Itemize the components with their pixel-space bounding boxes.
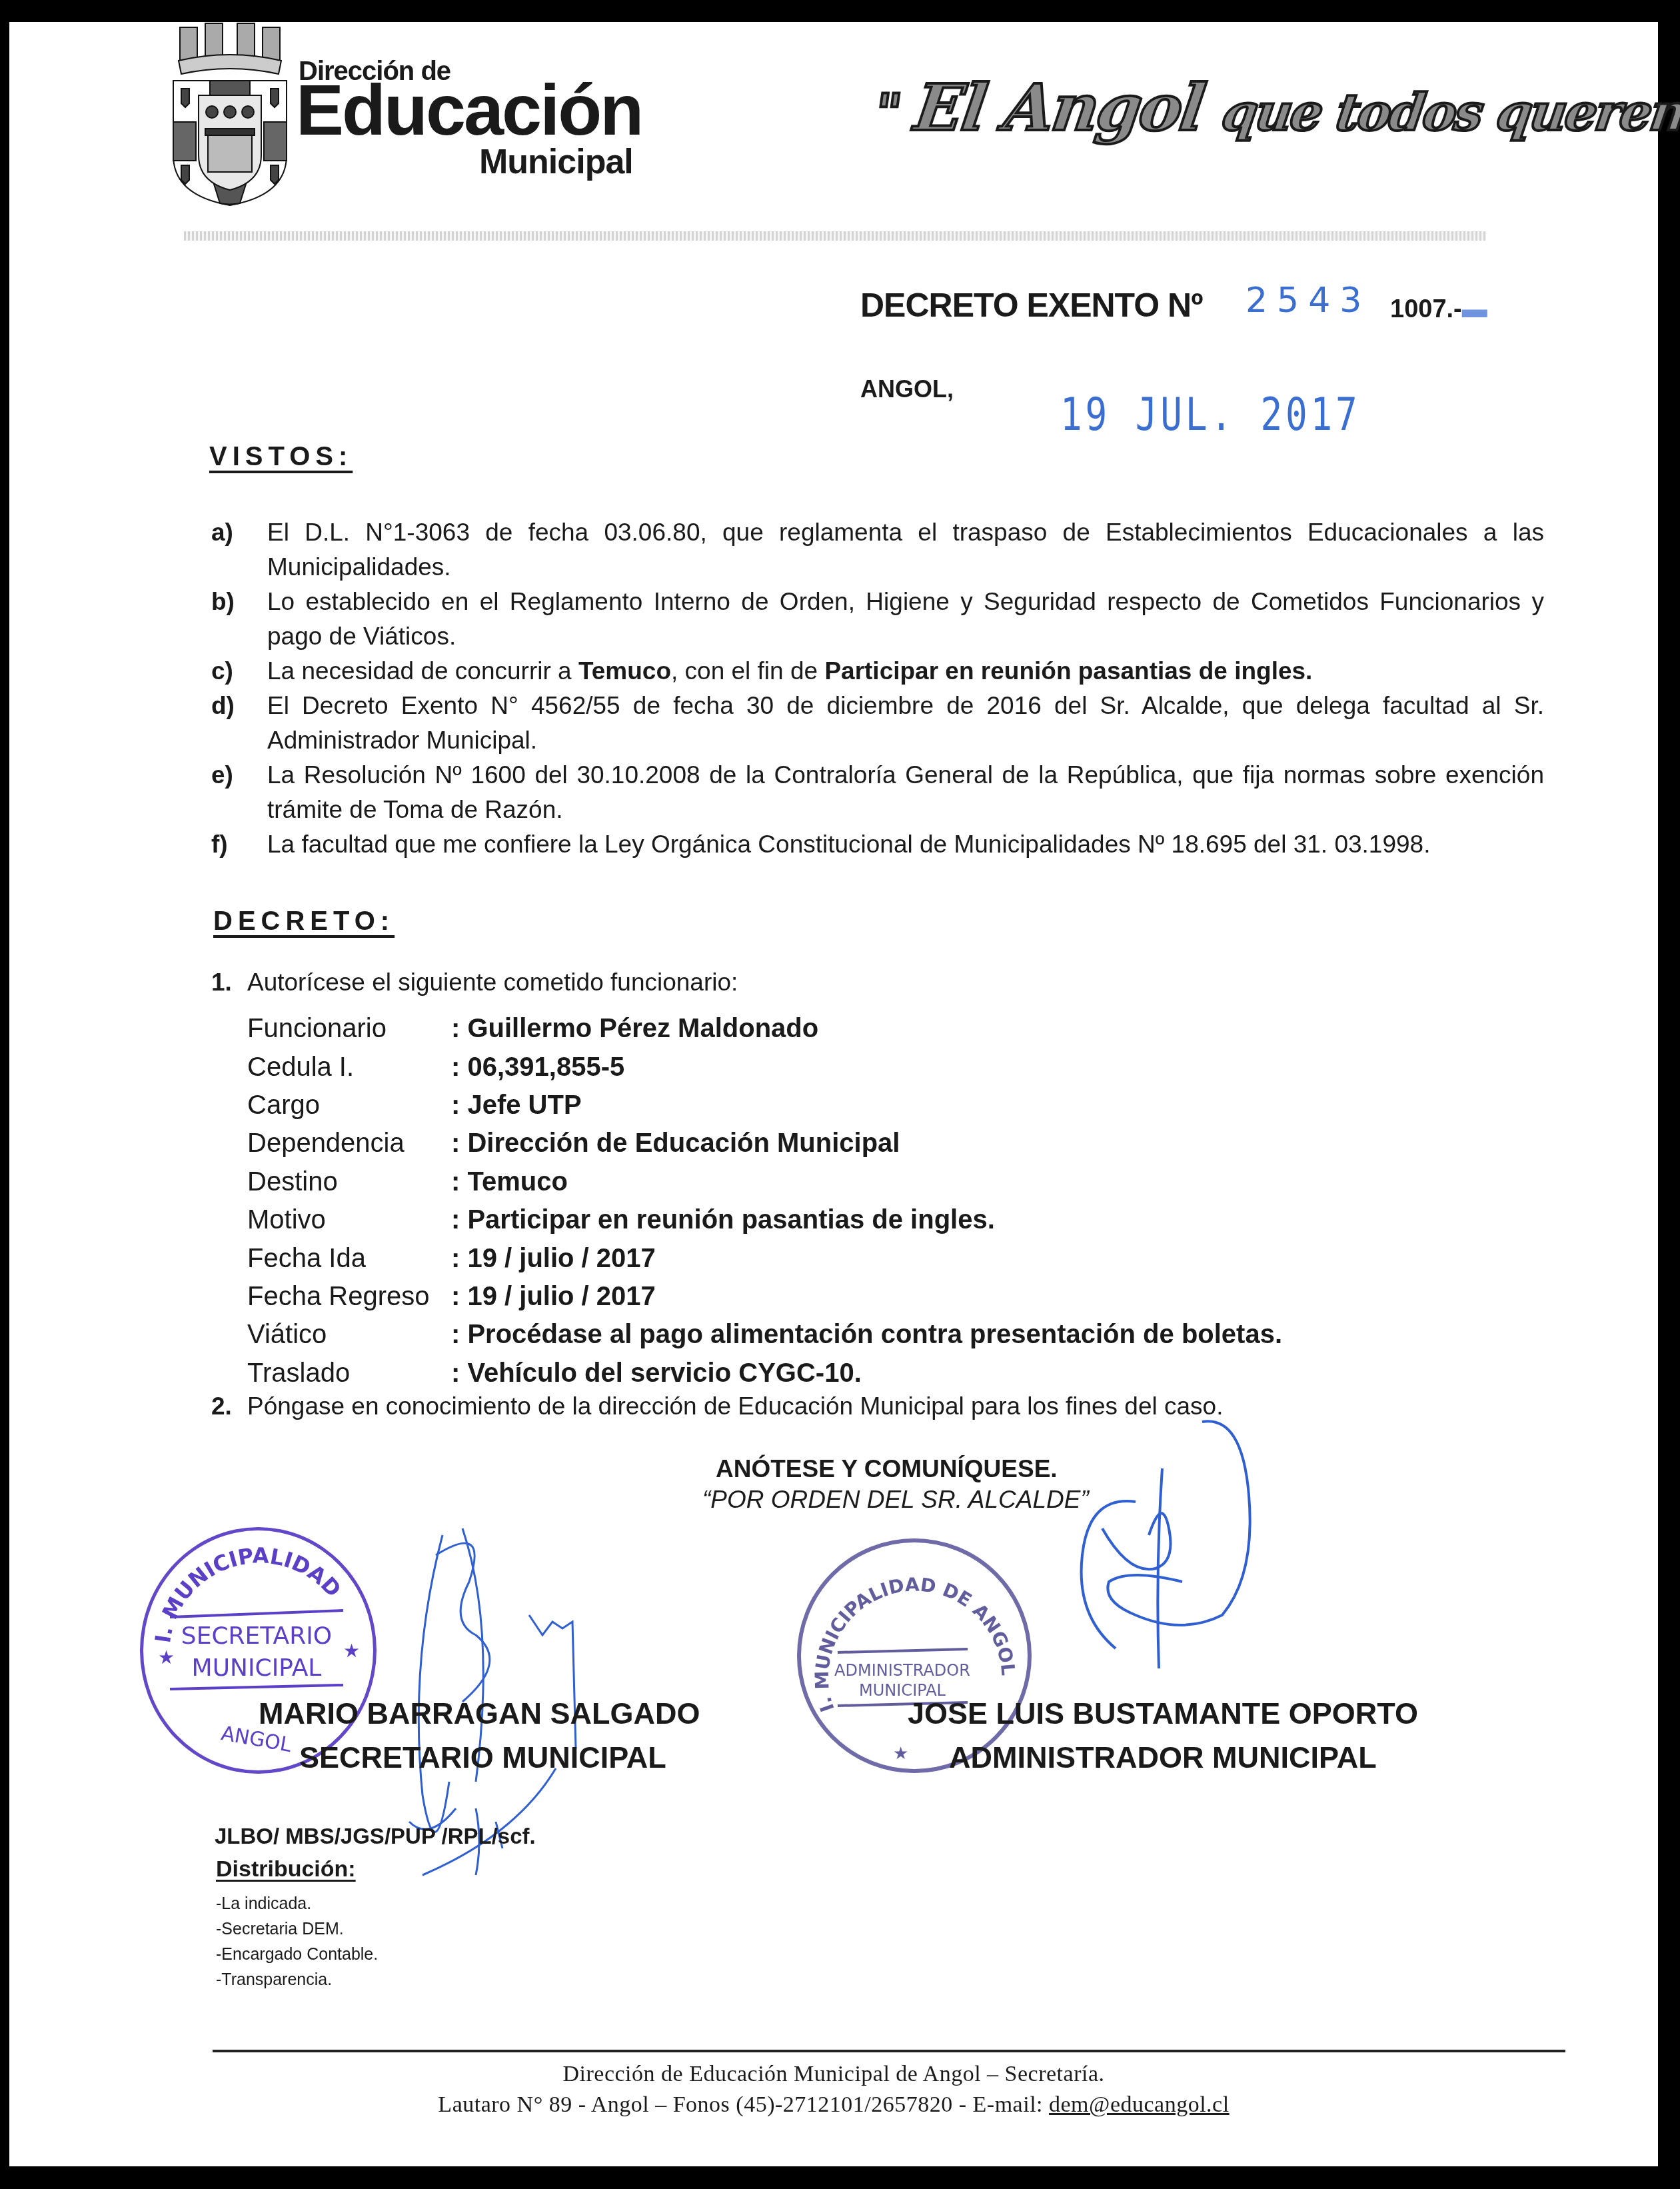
footer-email-link[interactable]: dem@educangol.cl: [1049, 2092, 1230, 2117]
svg-text:ADMINISTRADOR: ADMINISTRADOR: [834, 1661, 970, 1680]
cometido-fields: Funcionario: Guillermo Pérez Maldonado C…: [247, 1010, 1544, 1392]
vistos-item: c)La necesidad de concurrir a Temuco, co…: [211, 654, 1544, 689]
svg-text:★: ★: [893, 1743, 908, 1763]
field-row: Fecha Ida: 19 / julio / 2017: [247, 1239, 1544, 1277]
field-row: Funcionario: Guillermo Pérez Maldonado: [247, 1010, 1544, 1048]
initials-line: JLBO/ MBS/JGS/PUP /RPL/scf.: [215, 1824, 536, 1849]
field-row: Destino: Temuco: [247, 1163, 1544, 1201]
decreto-point-1: 1.Autorícese el siguiente cometido funci…: [211, 969, 1544, 997]
vistos-heading: VISTOS:: [209, 442, 353, 472]
field-row: Cedula I.: 06,391,855-5: [247, 1048, 1544, 1086]
field-row: Dependencia: Dirección de Educación Muni…: [247, 1124, 1544, 1162]
field-row: Viático: Procédase al pago alimentación …: [247, 1316, 1544, 1354]
decreto-heading: DECRETO:: [213, 907, 395, 937]
document-page: Dirección de Educación Municipal " El An…: [9, 22, 1658, 2166]
brand-line3: Municipal: [479, 142, 633, 182]
svg-text:★: ★: [158, 1647, 175, 1668]
distribution-item: -Secretaria DEM.: [216, 1916, 378, 1942]
field-row: Traslado: Vehículo del servicio CYGC-10.: [247, 1354, 1544, 1392]
brand-line2: Educación: [296, 74, 642, 146]
vistos-item: f)La facultad que me confiere la Ley Org…: [211, 827, 1544, 862]
administrador-stamp: I. MUNICIPALIDAD DE ANGOL ADMINISTRADOR …: [797, 1538, 1032, 1773]
footer-contact: Lautaro N° 89 - Angol – Fonos (45)-27121…: [9, 2092, 1658, 2118]
decree-suffix: 1007.-▬: [1390, 295, 1487, 324]
signatory-1-role: SECRETARIO MUNICIPAL: [299, 1740, 666, 1775]
distribution-heading: Distribución:: [216, 1856, 356, 1882]
date-stamp: 19 JUL. 2017: [1060, 389, 1361, 441]
footer-divider: [213, 2050, 1565, 2052]
distribution-item: -La indicada.: [216, 1891, 378, 1916]
by-order-line: “POR ORDEN DEL SR. ALCALDE”: [702, 1486, 1089, 1514]
svg-text:SECRETARIO: SECRETARIO: [181, 1622, 332, 1650]
signatory-1-name: MARIO BARRAGAN SALGADO: [259, 1696, 700, 1731]
slogan: " El Angol que todos queremos... ": [870, 70, 1680, 145]
city-label: ANGOL,: [860, 375, 954, 403]
field-row: Cargo: Jefe UTP: [247, 1087, 1544, 1124]
vistos-item: e)La Resolución Nº 1600 del 30.10.2008 d…: [211, 758, 1544, 827]
distribution-item: -Encargado Contable.: [216, 1942, 378, 1967]
field-row: Fecha Regreso: 19 / julio / 2017: [247, 1278, 1544, 1316]
vistos-item: d)El Decreto Exento N° 4562/55 de fecha …: [211, 689, 1544, 758]
vistos-list: a)El D.L. N°1-3063 de fecha 03.06.80, qu…: [211, 515, 1544, 862]
svg-text:★: ★: [343, 1640, 360, 1661]
decreto-point-2: 2.Póngase en conocimiento de la direcció…: [211, 1392, 1544, 1420]
distribution-item: -Transparencia.: [216, 1967, 378, 1992]
vistos-item: a)El D.L. N°1-3063 de fecha 03.06.80, qu…: [211, 515, 1544, 585]
footer-org: Dirección de Educación Municipal de Ango…: [9, 2062, 1658, 2087]
svg-text:MUNICIPAL: MUNICIPAL: [192, 1654, 322, 1682]
closing-line: ANÓTESE Y COMUNÍQUESE.: [716, 1455, 1058, 1483]
municipal-crest-icon: [167, 22, 293, 209]
vistos-item: b)Lo establecido en el Reglamento Intern…: [211, 585, 1544, 654]
signatory-2-role: ADMINISTRADOR MUNICIPAL: [949, 1740, 1377, 1775]
distribution-list: -La indicada. -Secretaria DEM. -Encargad…: [216, 1891, 378, 1992]
field-row: Motivo: Participar en reunión pasantias …: [247, 1201, 1544, 1239]
signatory-2-name: JOSE LUIS BUSTAMANTE OPORTO: [908, 1696, 1418, 1731]
secretario-stamp: I. MUNICIPALIDAD SECRETARIO MUNICIPAL ★ …: [140, 1527, 377, 1774]
decree-number-stamp: 2543: [1246, 281, 1371, 321]
header-divider: [184, 231, 1486, 241]
decreto-body: 1.Autorícese el siguiente cometido funci…: [211, 969, 1544, 1420]
administrador-signature-icon: [1049, 1415, 1315, 1668]
decree-title: DECRETO EXENTO Nº: [860, 286, 1202, 325]
